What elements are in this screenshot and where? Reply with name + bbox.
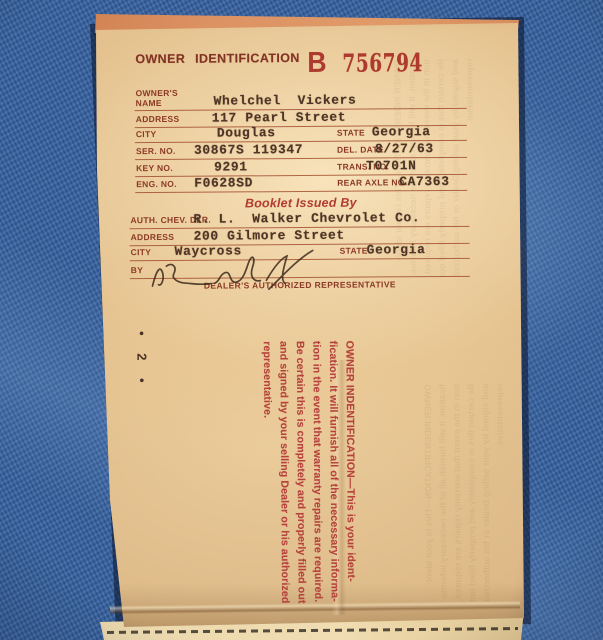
field-value: 8/27/63 <box>375 141 434 156</box>
form-row-engine-axle: ENG. NO. F0628SD REAR AXLE NO. CA7363 <box>135 173 467 193</box>
field-label: KEY NO. <box>136 164 173 174</box>
field-value: Georgia <box>367 242 426 257</box>
serial-number: B756794 <box>307 46 453 80</box>
field-label: ADDRESS <box>136 115 180 125</box>
field-label: SER. NO. <box>136 147 176 157</box>
field-value: R. L. Walker Chevrolet Co. <box>193 210 420 227</box>
field-label: REAR AXLE NO. <box>337 178 407 188</box>
field-value: F0628SD <box>194 175 253 190</box>
field-label: OWNER'S NAME <box>136 89 192 109</box>
field-value: 9291 <box>214 159 248 174</box>
field-label: ENG. NO. <box>136 180 177 190</box>
field-label: ADDRESS <box>131 233 175 243</box>
field-value: 30867S 119347 <box>194 142 303 158</box>
field-label: BY <box>131 266 143 276</box>
field-label: STATE <box>337 129 365 139</box>
field-value: Whelchel Vickers <box>214 93 357 109</box>
field-value: Georgia <box>372 124 431 139</box>
photo-background: OWNER IDENTIFICATION B756794 OWNER'S NAM… <box>0 0 603 640</box>
field-value: Douglas <box>217 125 276 140</box>
owner-identification-note: OWNER INDENTIFICATION—This is your ident… <box>258 341 359 618</box>
show-through-ghost-text: OWNER INDENTIFICATION—This is your ident… <box>421 384 509 610</box>
field-label: CITY <box>136 130 157 140</box>
page-number: • 2 • <box>134 331 149 390</box>
serial-digits: 756794 <box>342 48 423 78</box>
document-content: OWNER IDENTIFICATION B756794 OWNER'S NAM… <box>0 0 603 640</box>
field-value: T0701N <box>366 158 417 173</box>
form-row-owner-name: OWNER'S NAME Whelchel Vickers <box>134 81 466 111</box>
document-title: OWNER IDENTIFICATION <box>135 51 300 66</box>
field-value: CA7363 <box>399 174 450 189</box>
serial-prefix: B <box>307 47 327 80</box>
